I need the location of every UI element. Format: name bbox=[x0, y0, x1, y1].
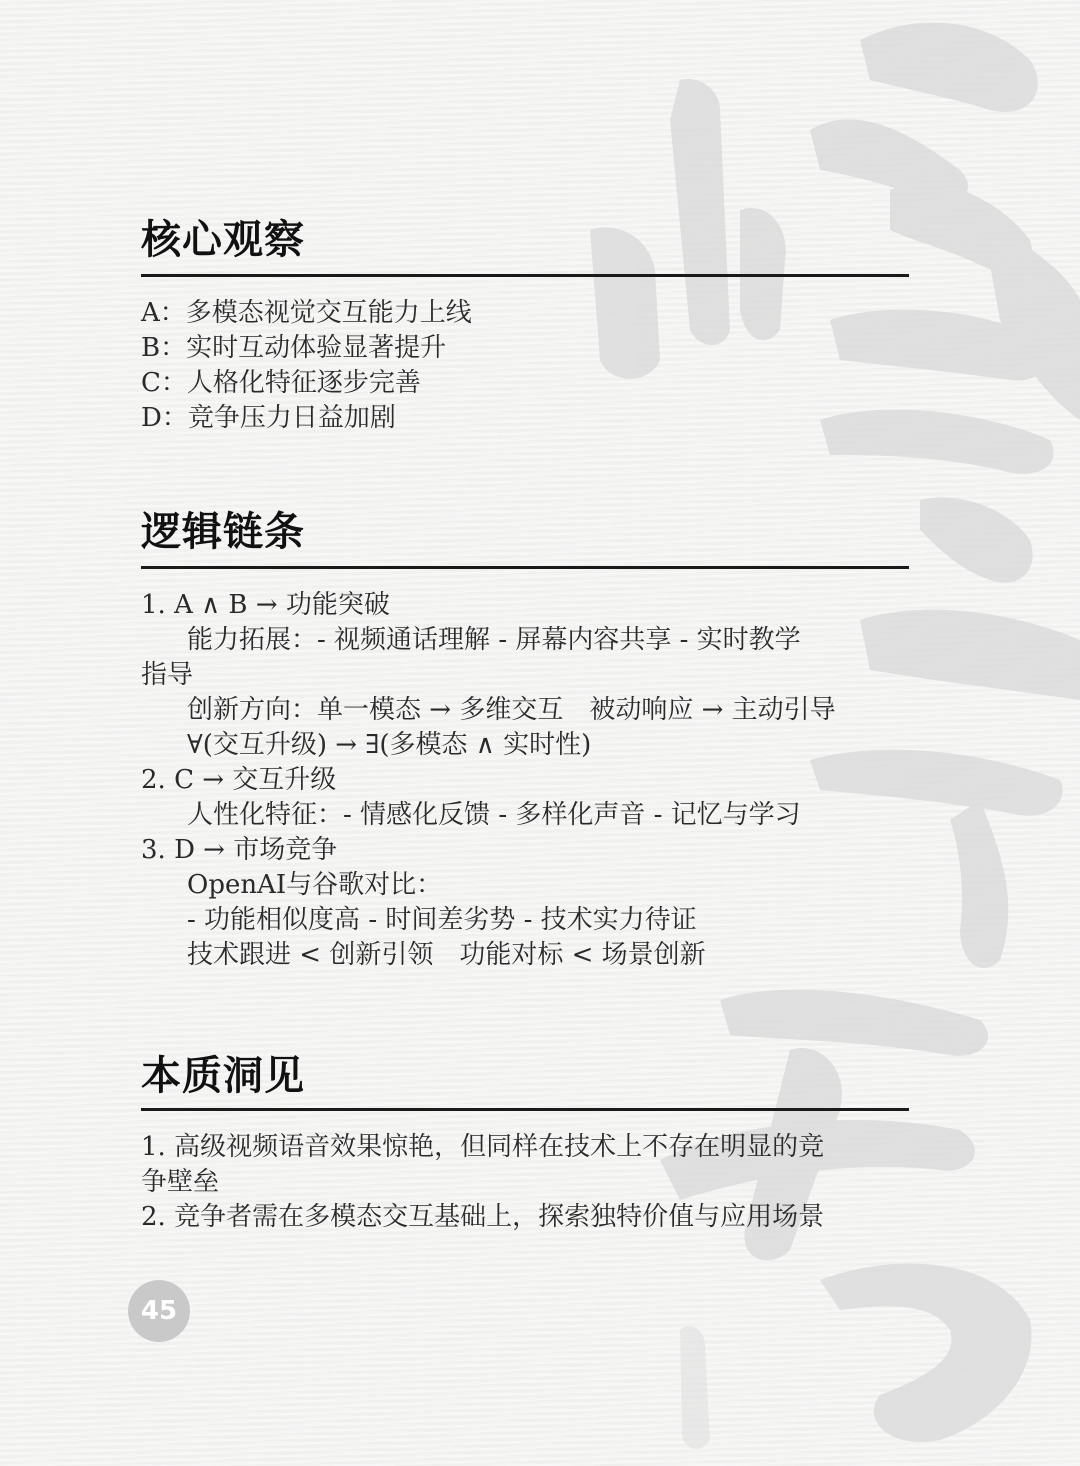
insight-1-wrap: 争壁垒 bbox=[141, 1165, 931, 1200]
observation-d: D：竞争压力日益加剧 bbox=[141, 401, 931, 436]
comparison-points: - 功能相似度高 - 时间差劣势 - 技术实力待证 bbox=[141, 903, 931, 938]
section-divider bbox=[141, 566, 909, 569]
chain-item-1: 1. A ∧ B → 功能突破 bbox=[141, 588, 931, 623]
chain-item-3: 3. D → 市场竞争 bbox=[141, 833, 931, 868]
strategy-comparison: 技术跟进 < 创新引领 功能对标 < 场景创新 bbox=[141, 938, 931, 973]
section-divider bbox=[141, 1108, 909, 1111]
capability-expansion: 能力拓展：- 视频通话理解 - 屏幕内容共享 - 实时教学 bbox=[141, 623, 931, 658]
capability-expansion-wrap: 指导 bbox=[141, 658, 931, 693]
openai-google-comparison: OpenAI与谷歌对比： bbox=[141, 868, 931, 903]
observation-a: A：多模态视觉交互能力上线 bbox=[141, 296, 931, 331]
section-title-core-observations: 核心观察 bbox=[141, 216, 305, 264]
observation-b: B：实时互动体验显著提升 bbox=[141, 331, 931, 366]
logic-chain-list: 1. A ∧ B → 功能突破 能力拓展：- 视频通话理解 - 屏幕内容共享 -… bbox=[141, 588, 931, 973]
insight-2: 2. 竞争者需在多模态交互基础上，探索独特价值与应用场景 bbox=[141, 1200, 931, 1235]
observation-list: A：多模态视觉交互能力上线 B：实时互动体验显著提升 C：人格化特征逐步完善 D… bbox=[141, 296, 931, 436]
section-title-logic-chain: 逻辑链条 bbox=[141, 508, 305, 556]
section-title-essential-insights: 本质洞见 bbox=[141, 1052, 305, 1100]
logic-formula: ∀(交互升级) → ∃(多模态 ∧ 实时性) bbox=[141, 728, 931, 763]
observation-c: C：人格化特征逐步完善 bbox=[141, 366, 931, 401]
insights-list: 1. 高级视频语音效果惊艳，但同样在技术上不存在明显的竞 争壁垒 2. 竞争者需… bbox=[141, 1130, 931, 1235]
insight-1: 1. 高级视频语音效果惊艳，但同样在技术上不存在明显的竞 bbox=[141, 1130, 931, 1165]
page-number-badge: 45 bbox=[128, 1280, 190, 1342]
chain-item-2: 2. C → 交互升级 bbox=[141, 763, 931, 798]
innovation-direction: 创新方向：单一模态 → 多维交互 被动响应 → 主动引导 bbox=[141, 693, 931, 728]
humanized-features: 人性化特征：- 情感化反馈 - 多样化声音 - 记忆与学习 bbox=[141, 798, 931, 833]
section-divider bbox=[141, 274, 909, 277]
